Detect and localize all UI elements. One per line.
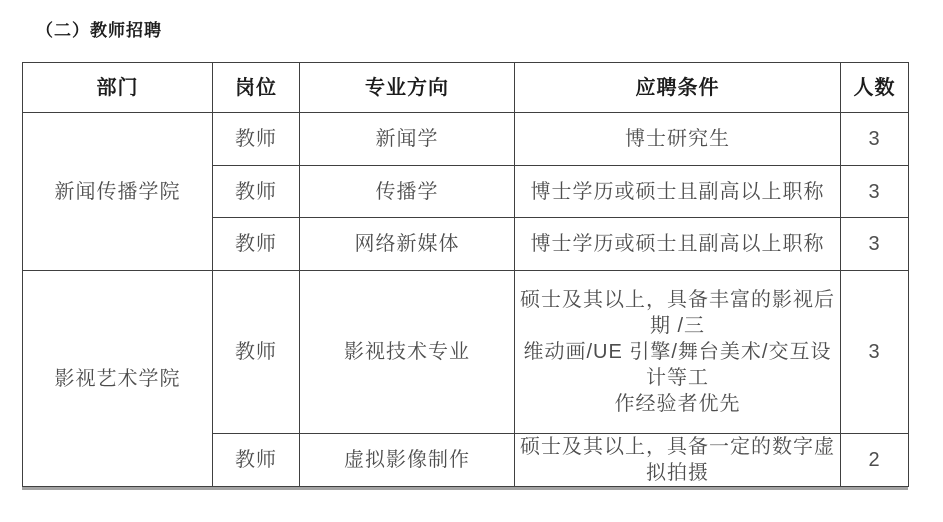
cell-department: 影视艺术学院 <box>23 271 213 487</box>
cell-count: 3 <box>841 271 909 434</box>
cell-position: 教师 <box>213 113 300 166</box>
recruitment-table: 部门 岗位 专业方向 应聘条件 人数 新闻传播学院 教师 新闻学 博士研究生 3… <box>22 62 909 487</box>
cell-count: 3 <box>841 218 909 271</box>
header-major: 专业方向 <box>300 63 515 113</box>
cell-major: 新闻学 <box>300 113 515 166</box>
section-title: （二）教师招聘 <box>36 16 162 41</box>
table-header-row: 部门 岗位 专业方向 应聘条件 人数 <box>23 63 909 113</box>
cell-major: 传播学 <box>300 166 515 218</box>
cell-count: 3 <box>841 113 909 166</box>
header-department: 部门 <box>23 63 213 113</box>
cell-department: 新闻传播学院 <box>23 113 213 271</box>
header-requirement: 应聘条件 <box>515 63 841 113</box>
cell-requirement: 博士学历或硕士且副高以上职称 <box>515 166 841 218</box>
table-row: 新闻传播学院 教师 新闻学 博士研究生 3 <box>23 113 909 166</box>
cell-requirement: 博士学历或硕士且副高以上职称 <box>515 218 841 271</box>
cell-major: 虚拟影像制作 <box>300 434 515 487</box>
table-row: 影视艺术学院 教师 影视技术专业 硕士及其以上，具备丰富的影视后期 /三 维动画… <box>23 271 909 434</box>
cell-requirement: 博士研究生 <box>515 113 841 166</box>
header-count: 人数 <box>841 63 909 113</box>
cell-position: 教师 <box>213 218 300 271</box>
cell-requirement: 硕士及其以上，具备一定的数字虚拟拍摄 <box>515 434 841 487</box>
cell-requirement: 硕士及其以上，具备丰富的影视后期 /三 维动画/UE 引擎/舞台美术/交互设计等… <box>515 271 841 434</box>
cell-count: 2 <box>841 434 909 487</box>
cell-count: 3 <box>841 166 909 218</box>
header-position: 岗位 <box>213 63 300 113</box>
cell-position: 教师 <box>213 271 300 434</box>
cell-major: 网络新媒体 <box>300 218 515 271</box>
cell-position: 教师 <box>213 434 300 487</box>
document-page: （二）教师招聘 部门 岗位 专业方向 应聘条件 人数 新闻传播学院 教师 新闻学… <box>0 0 943 522</box>
recruitment-table-wrapper: 部门 岗位 专业方向 应聘条件 人数 新闻传播学院 教师 新闻学 博士研究生 3… <box>22 62 908 490</box>
cell-major: 影视技术专业 <box>300 271 515 434</box>
cell-position: 教师 <box>213 166 300 218</box>
